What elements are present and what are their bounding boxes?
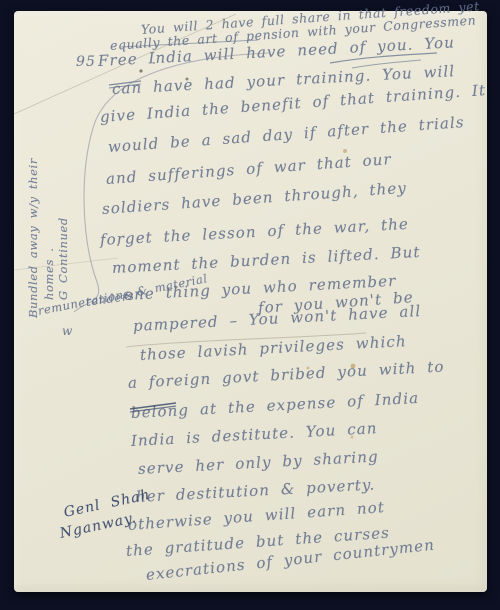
handwriting-line: Bundled away w/y their	[26, 158, 40, 318]
handwriting-line: w	[62, 324, 73, 338]
photo-background: You will 2 have full share in that freed…	[0, 0, 500, 610]
handwriting-line: homes .	[42, 248, 56, 300]
handwriting-line: G Continued	[56, 217, 70, 300]
handwriting-line: 95	[76, 54, 96, 70]
